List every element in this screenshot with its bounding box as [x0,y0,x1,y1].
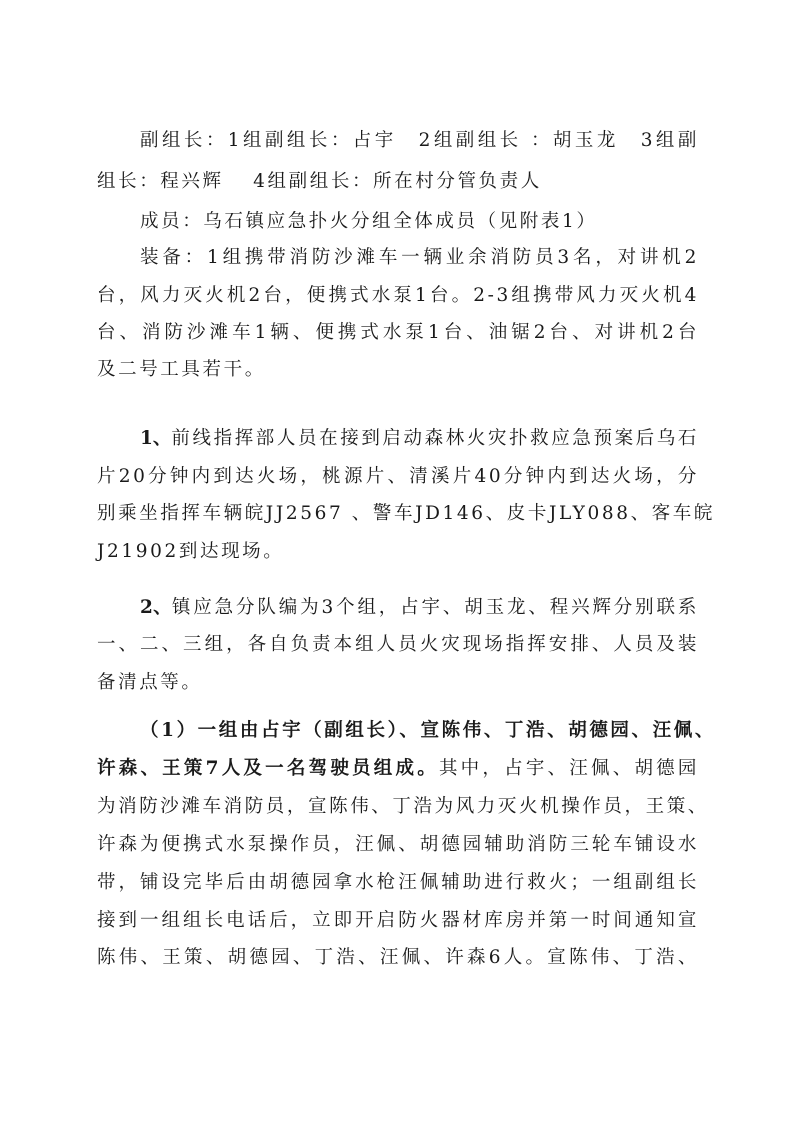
item-2-number: 2、 [140,597,172,618]
item-2-1-line-1: （1）一组由占宇（副组长）、宣陈伟、丁浩、胡德园、汪佩、 [140,719,699,743]
item-1-line-3: 别乘坐指挥车辆皖JJ2567 、警车JD146、皮卡JLY088、客车皖 [97,502,699,526]
item-2-1-line-7: 陈伟、王策、胡德园、丁浩、汪佩、许森6人。宣陈伟、丁浩、 [97,946,699,970]
item-2-text: 镇应急分队编为3个组，占宇、胡玉龙、程兴辉分别联系 [172,597,699,618]
deputy-leaders-line-1: 副组长：1组副组长：占宇 2组副组长 ：胡玉龙 3组副 [140,129,699,153]
item-1-text: 前线指挥部人员在接到启动森林火灾扑救应急预案后乌石 [171,428,699,449]
item-2-1-line-6: 接到一组组长电话后，立即开启防火器材库房并第一时间通知宣 [97,909,699,933]
item-1-line-2: 片20分钟内到达火场，桃源片、清溪片40分钟内到达火场，分 [97,465,699,489]
item-1-line-1: 1、前线指挥部人员在接到启动森林火灾扑救应急预案后乌石 [140,427,699,451]
item-2-line-3: 备清点等。 [97,671,699,695]
item-2-1-line-4: 许森为便携式水泵操作员，汪佩、胡德园辅助消防三轮车铺设水 [97,833,699,857]
item-2-1-line-2: 许森、王策7人及一名驾驶员组成。其中，占宇、汪佩、胡德园 [97,757,699,781]
equipment-line-4: 及二号工具若干。 [97,358,699,382]
item-2-1-text: 其中，占宇、汪佩、胡德园 [439,758,699,779]
item-2-1-bold-tail: 许森、王策7人及一名驾驶员组成。 [97,758,439,779]
equipment-line-2: 台，风力灭火机2台，便携式水泵1台。2-3组携带风力灭火机4 [97,284,699,308]
equipment-line-3: 台、消防沙滩车1辆、便携式水泵1台、油锯2台、对讲机2台 [97,321,699,345]
equipment-line-1: 装备：1组携带消防沙滩车一辆业余消防员3名，对讲机2 [140,246,699,270]
item-2-1-line-5: 带，铺设完毕后由胡德园拿水枪汪佩辅助进行救火；一组副组长 [97,871,699,895]
members-line-1: 成员：乌石镇应急扑火分组全体成员（见附表1） [140,210,699,234]
document-page: 副组长：1组副组长：占宇 2组副组长 ：胡玉龙 3组副 组长：程兴辉 4组副组长… [0,0,793,1122]
item-2-1-line-3: 为消防沙滩车消防员，宣陈伟、丁浩为风力灭火机操作员，王策、 [97,795,699,819]
item-1-line-4: J21902到达现场。 [97,540,699,564]
deputy-leaders-line-2: 组长：程兴辉 4组副组长：所在村分管负责人 [97,170,699,194]
item-2-line-1: 2、镇应急分队编为3个组，占宇、胡玉龙、程兴辉分别联系 [140,596,699,620]
item-2-line-2: 一、二、三组，各自负责本组人员火灾现场指挥安排、人员及装 [97,633,699,657]
item-1-number: 1、 [140,428,171,449]
